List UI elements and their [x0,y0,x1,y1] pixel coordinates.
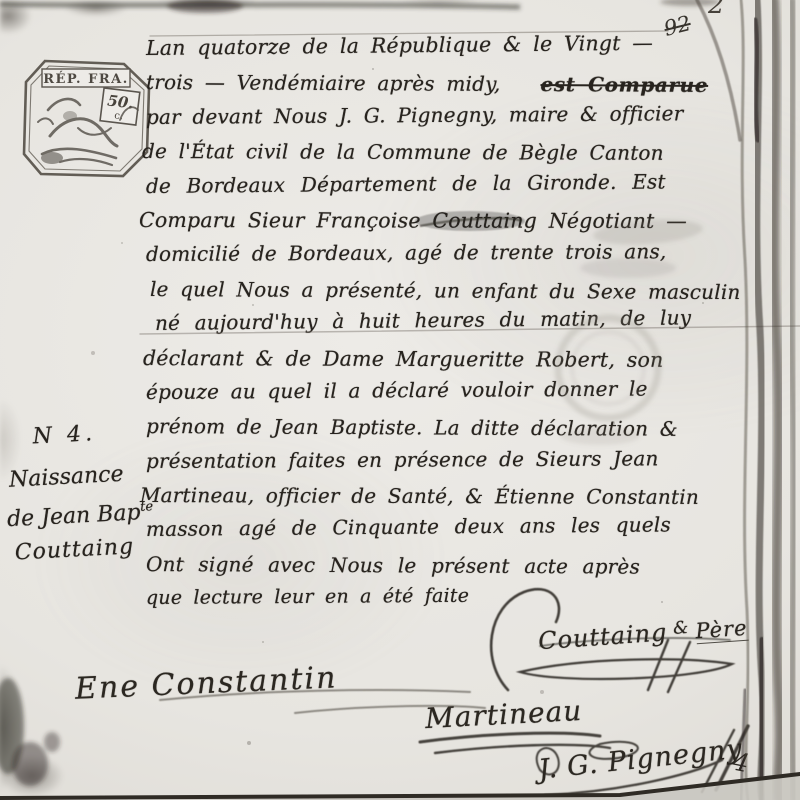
manuscript-line: par devant Nous J. G. Pignegny, maire & … [146,96,752,135]
manuscript-line: Comparu Sieur Françoise Couttaing Négoti… [139,203,752,238]
page-number-top: 2 [708,0,725,20]
manuscript-line: domicilié de Bordeaux, agé de trente tro… [146,234,752,272]
manuscript-line: Lan quatorze de la République & le Vingt… [146,25,752,66]
struck-word: est Comparue [540,72,708,97]
stamp-banner: RÉP. FRA. [42,69,130,87]
top-edge-smear [0,0,720,13]
paper-specks [0,0,2,2]
stamp-value: 50. [106,92,134,113]
manuscript-line-text: trois — Vendémiaire après midy, [146,70,501,96]
manuscript-line: que lecture leur en a été faite [146,577,752,616]
manuscript-line: né aujourd'huy à huit heures du matin, d… [155,300,752,341]
signature-witness-martineau: Martineau [424,694,583,735]
signature-witness-constantin: Ene Constantin [74,660,338,706]
margin-note-superscript: te [140,499,154,515]
margin-note-number: N 4. [32,414,156,454]
signature-father-joiner: & [672,618,689,639]
act-text: Lan quatorze de la République & le Vingt… [146,31,752,616]
margin-note-text: de Jean Bap [6,500,141,532]
document-scan: RÉP. FRA. 50. c. 2 92 Lan quatorze de la… [0,0,800,800]
manuscript-line: présentation faites en présence de Sieur… [146,441,752,479]
signature-father-name: Couttaing [537,618,668,655]
signature-father: Couttaing&Père [537,613,748,656]
margin-note: N 4. Naissance de Jean Bapte Couttaing [2,414,162,571]
signature-mayor: J. G. Pignegny [537,733,744,785]
margin-note-line: de Jean Bapte [6,490,160,537]
manuscript-line: de Bordeaux Département de la Gironde. E… [146,163,752,203]
stamp-header-text: RÉP. FRA. [43,71,129,87]
manuscript-line: épouze au quel il a déclaré vouloir donn… [146,371,752,410]
revenue-stamp: RÉP. FRA. 50. c. [20,58,154,182]
signature-father-title: Père [695,616,749,645]
margin-note-line: Couttaing [14,529,162,571]
manuscript-line: masson agé de Cinquante deux ans les que… [146,507,752,547]
